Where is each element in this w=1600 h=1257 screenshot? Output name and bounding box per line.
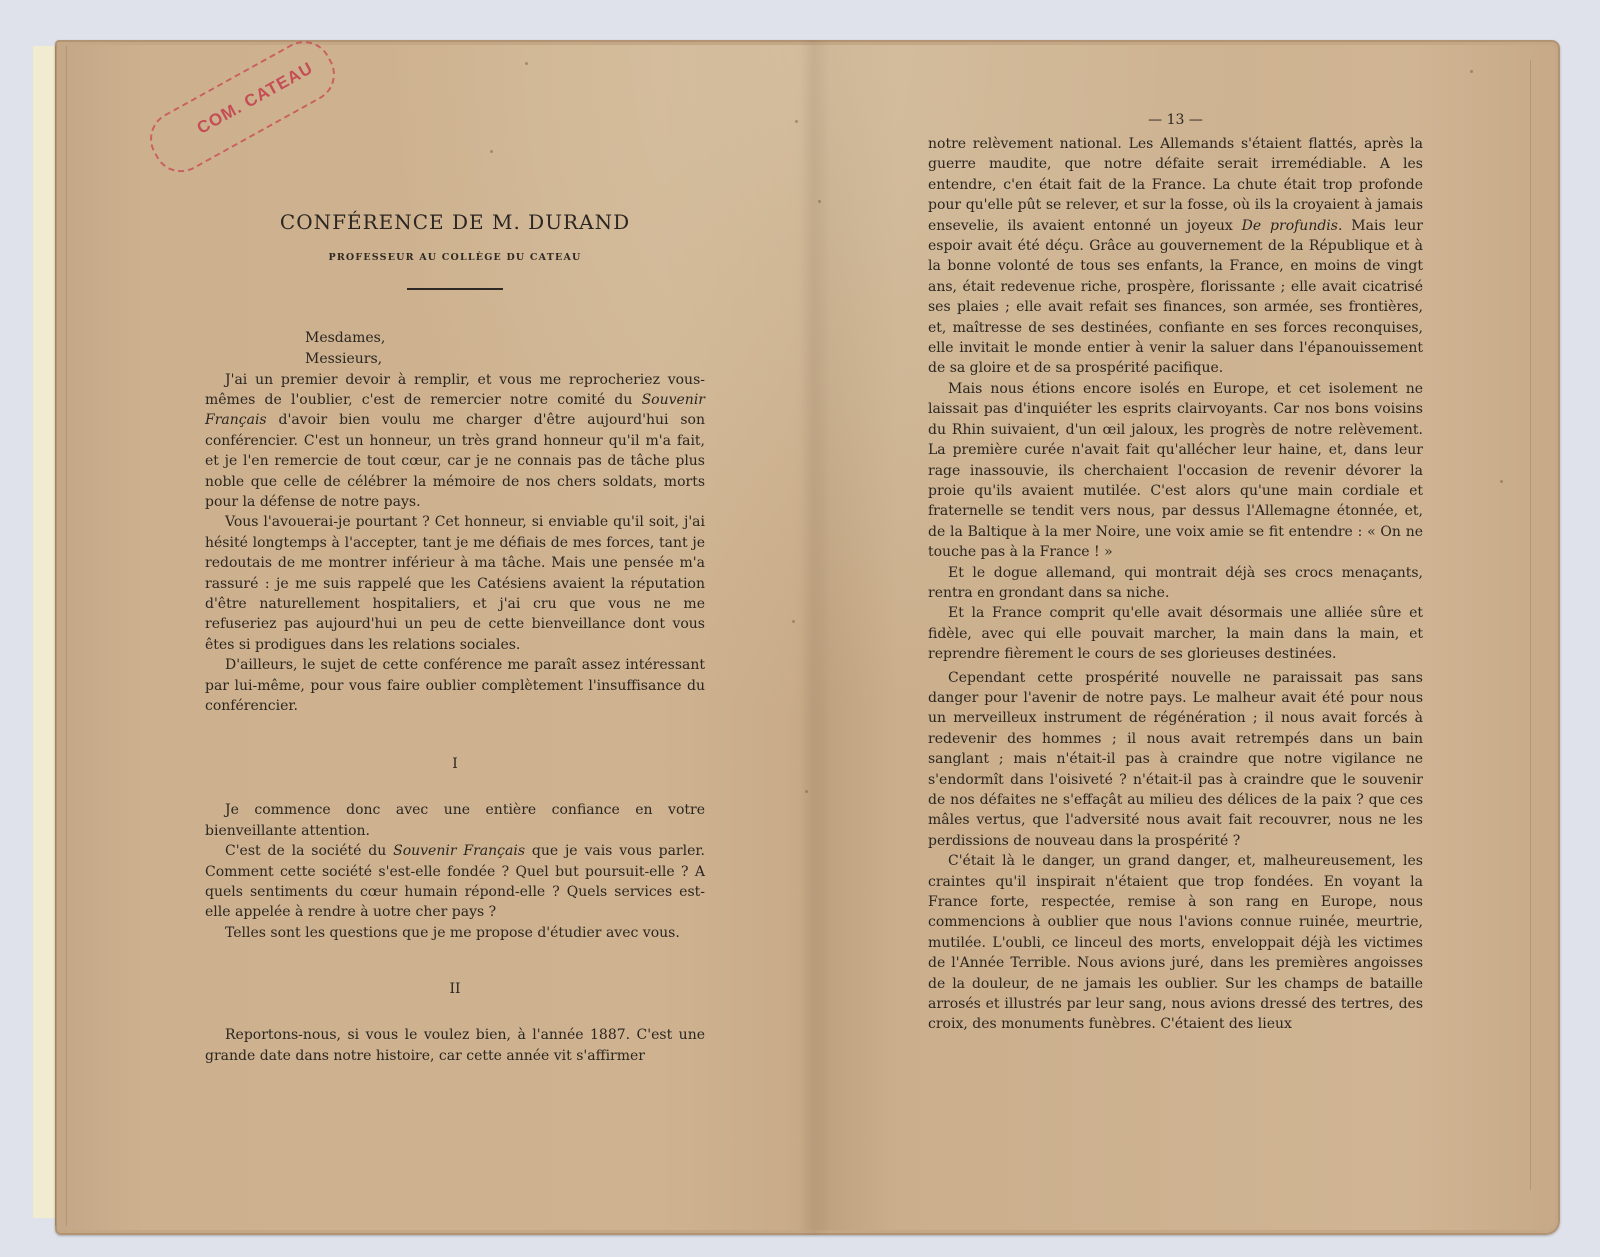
- paragraph: Et la France comprit qu'elle avait désor…: [928, 603, 1423, 664]
- italic-title: Souvenir Français: [393, 843, 525, 859]
- paper-speck: [1500, 480, 1503, 483]
- page-title: CONFÉRENCE DE M. DURAND: [205, 210, 705, 234]
- paragraph: Mais nous étions encore isolés en Europe…: [928, 379, 1423, 563]
- text-run: d'avoir bien voulu me charger d'être auj…: [205, 412, 705, 510]
- paper-speck: [1470, 70, 1473, 73]
- paragraph: Et le dogue allemand, qui montrait déjà …: [928, 563, 1423, 604]
- paragraph: D'ailleurs, le sujet de cette conférence…: [205, 655, 705, 716]
- paragraph: Cependant cette prospérité nouvelle ne p…: [928, 668, 1423, 852]
- left-page: CONFÉRENCE DE M. DURAND PROFESSEUR AU CO…: [205, 210, 705, 1066]
- section-heading: II: [205, 979, 705, 999]
- salutation: Mesdames, Messieurs,: [305, 328, 705, 370]
- paragraph: Je commence donc avec une entière confia…: [205, 800, 705, 841]
- text-run: C'est de la société du: [225, 843, 393, 859]
- paper-speck: [490, 150, 493, 153]
- salutation-line: Mesdames,: [305, 328, 705, 349]
- italic-title: De profundis: [1242, 218, 1338, 234]
- paragraph: Reportons-nous, si vous le voulez bien, …: [205, 1025, 705, 1066]
- paper-speck: [525, 62, 528, 65]
- paragraph: notre relèvement national. Les Allemands…: [928, 134, 1423, 379]
- paragraph: J'ai un premier devoir à remplir, et vou…: [205, 370, 705, 513]
- salutation-line: Messieurs,: [305, 349, 705, 370]
- right-page: — 13 — notre relèvement national. Les Al…: [928, 110, 1423, 1035]
- paper-speck: [795, 120, 798, 123]
- paper-speck: [792, 620, 795, 623]
- paragraph: C'est de la société du Souvenir Français…: [205, 841, 705, 923]
- paragraph: Vous l'avouerai-je pourtant ? Cet honneu…: [205, 512, 705, 655]
- page-edges-right: [1530, 60, 1539, 1190]
- text-run: J'ai un premier devoir à remplir, et vou…: [205, 372, 705, 408]
- page-number: — 13 —: [928, 110, 1423, 130]
- page-edges-left: [55, 46, 67, 1226]
- author-subtitle: PROFESSEUR AU COLLÈGE DU CATEAU: [205, 252, 705, 263]
- paper-speck: [805, 790, 808, 793]
- paper-speck: [818, 200, 821, 203]
- text-run: . Mais leur espoir avait été déçu. Grâce…: [928, 218, 1423, 377]
- section-heading: I: [205, 754, 705, 774]
- title-divider: [407, 288, 503, 290]
- paragraph: C'était là le danger, un grand danger, e…: [928, 851, 1423, 1035]
- book-gutter: [800, 40, 830, 1235]
- paragraph: Telles sont les questions que je me prop…: [205, 923, 705, 943]
